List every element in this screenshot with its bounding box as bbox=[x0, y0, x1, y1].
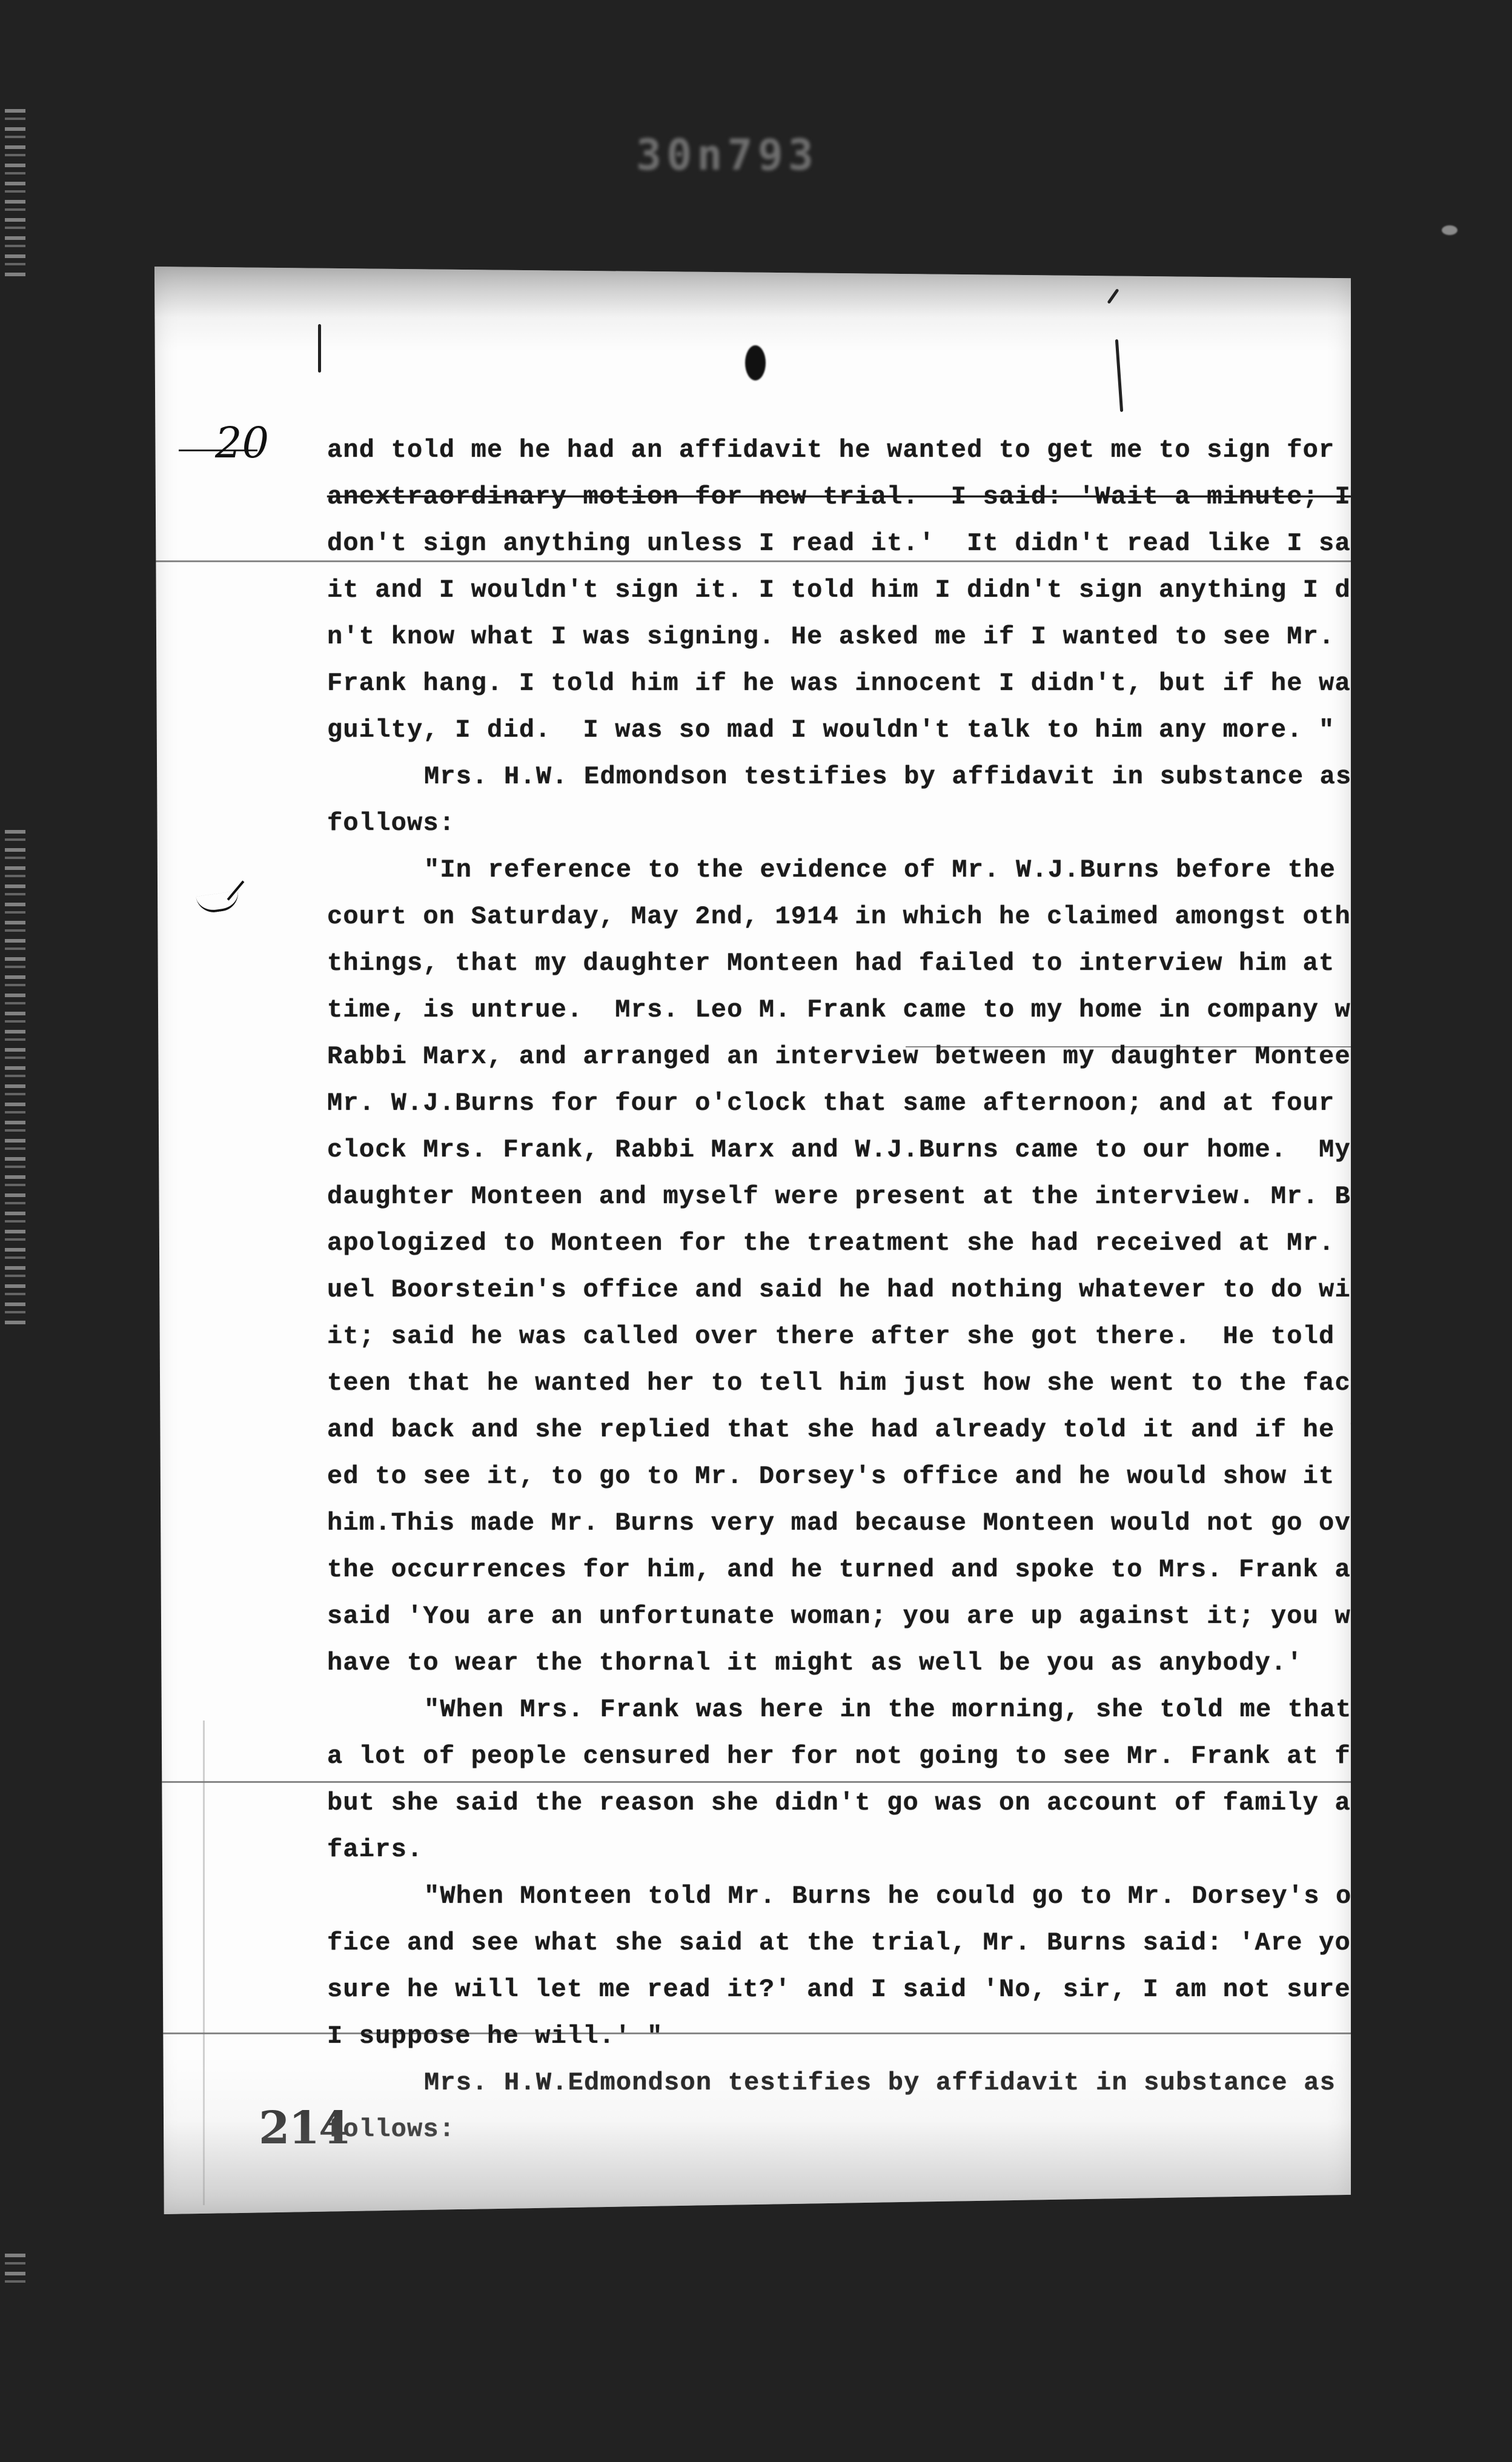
text-line: fice and see what she said at the trial,… bbox=[327, 1920, 1333, 1966]
page-number: 214 bbox=[259, 2102, 348, 2154]
scratch-mark bbox=[1115, 339, 1123, 412]
text-line: n't know what I was signing. He asked me… bbox=[327, 614, 1333, 660]
text-line: things, that my daughter Monteen had fai… bbox=[327, 940, 1333, 987]
text-line: fairs. bbox=[327, 1827, 1333, 1873]
film-scratch-vertical bbox=[203, 1720, 205, 2205]
text-line: guilty, I did. I was so mad I wouldn't t… bbox=[327, 707, 1333, 754]
film-edge-marks-bottom bbox=[5, 2254, 25, 2290]
text-line: don't sign anything unless I read it.' I… bbox=[327, 520, 1333, 567]
text-line-indented: Mrs. H.W.Edmondson testifies by affidavi… bbox=[327, 2060, 1333, 2106]
text-line: uel Boorstein's office and said he had n… bbox=[327, 1267, 1333, 1313]
text-line: follows: bbox=[327, 2106, 1333, 2153]
text-line: time, is untrue. Mrs. Leo M. Frank came … bbox=[327, 987, 1333, 1034]
text-line: and told me he had an affidavit he wante… bbox=[327, 427, 1333, 474]
film-edge-marks-top bbox=[5, 109, 25, 279]
text-line: it and I wouldn't sign it. I told him I … bbox=[327, 567, 1333, 614]
text-line: said 'You are an unfortunate woman; you … bbox=[327, 1593, 1333, 1640]
text-line: but she said the reason she didn't go wa… bbox=[327, 1780, 1333, 1827]
text-line: daughter Monteen and myself were present… bbox=[327, 1173, 1333, 1220]
text-line: court on Saturday, May 2nd, 1914 in whic… bbox=[327, 894, 1333, 940]
text-line: the occurrences for him, and he turned a… bbox=[327, 1547, 1333, 1593]
film-edge-marks-middle bbox=[5, 830, 25, 1327]
text-line-indented: Mrs. H.W. Edmondson testifies by affidav… bbox=[327, 754, 1333, 800]
text-line: teen that he wanted her to tell him just… bbox=[327, 1360, 1333, 1407]
text-line: him.This made Mr. Burns very mad because… bbox=[327, 1500, 1333, 1547]
text-line: and back and she replied that she had al… bbox=[327, 1407, 1333, 1453]
text-line-indented: "When Monteen told Mr. Burns he could go… bbox=[327, 1873, 1333, 1920]
text-line: I suppose he will.' " bbox=[327, 2013, 1333, 2060]
text-line-struck: anextraordinary motion for new trial. I … bbox=[327, 474, 1333, 520]
text-line: follows: bbox=[327, 800, 1333, 847]
text-line: Mr. W.J.Burns for four o'clock that same… bbox=[327, 1080, 1333, 1127]
scratch-mark bbox=[1107, 288, 1119, 304]
microfilm-frame-stamp: 30n793 bbox=[636, 130, 818, 180]
text-line: have to wear the thornal it might as wel… bbox=[327, 1640, 1333, 1687]
text-line: it; said he was called over there after … bbox=[327, 1313, 1333, 1360]
text-line: Rabbi Marx, and arranged an interview be… bbox=[327, 1034, 1333, 1080]
text-line-indented: "When Mrs. Frank was here in the morning… bbox=[327, 1687, 1333, 1733]
margin-annotation: 20 bbox=[215, 418, 269, 468]
punch-hole-blot bbox=[745, 345, 766, 380]
text-line: sure he will let me read it?' and I said… bbox=[327, 1966, 1333, 2013]
text-line-indented: "In reference to the evidence of Mr. W.J… bbox=[327, 847, 1333, 894]
typed-text-body: and told me he had an affidavit he wante… bbox=[327, 427, 1333, 2153]
film-speck bbox=[1442, 225, 1457, 235]
text-line: apologized to Monteen for the treatment … bbox=[327, 1220, 1333, 1267]
document-page: 20 and told me he had an affidavit he wa… bbox=[154, 267, 1351, 2214]
text-line: a lot of people censured her for not goi… bbox=[327, 1733, 1333, 1780]
text-line: clock Mrs. Frank, Rabbi Marx and W.J.Bur… bbox=[327, 1127, 1333, 1173]
text-line: ed to see it, to go to Mr. Dorsey's offi… bbox=[327, 1453, 1333, 1500]
text-line: Frank hang. I told him if he was innocen… bbox=[327, 660, 1333, 707]
scratch-mark bbox=[318, 324, 321, 373]
